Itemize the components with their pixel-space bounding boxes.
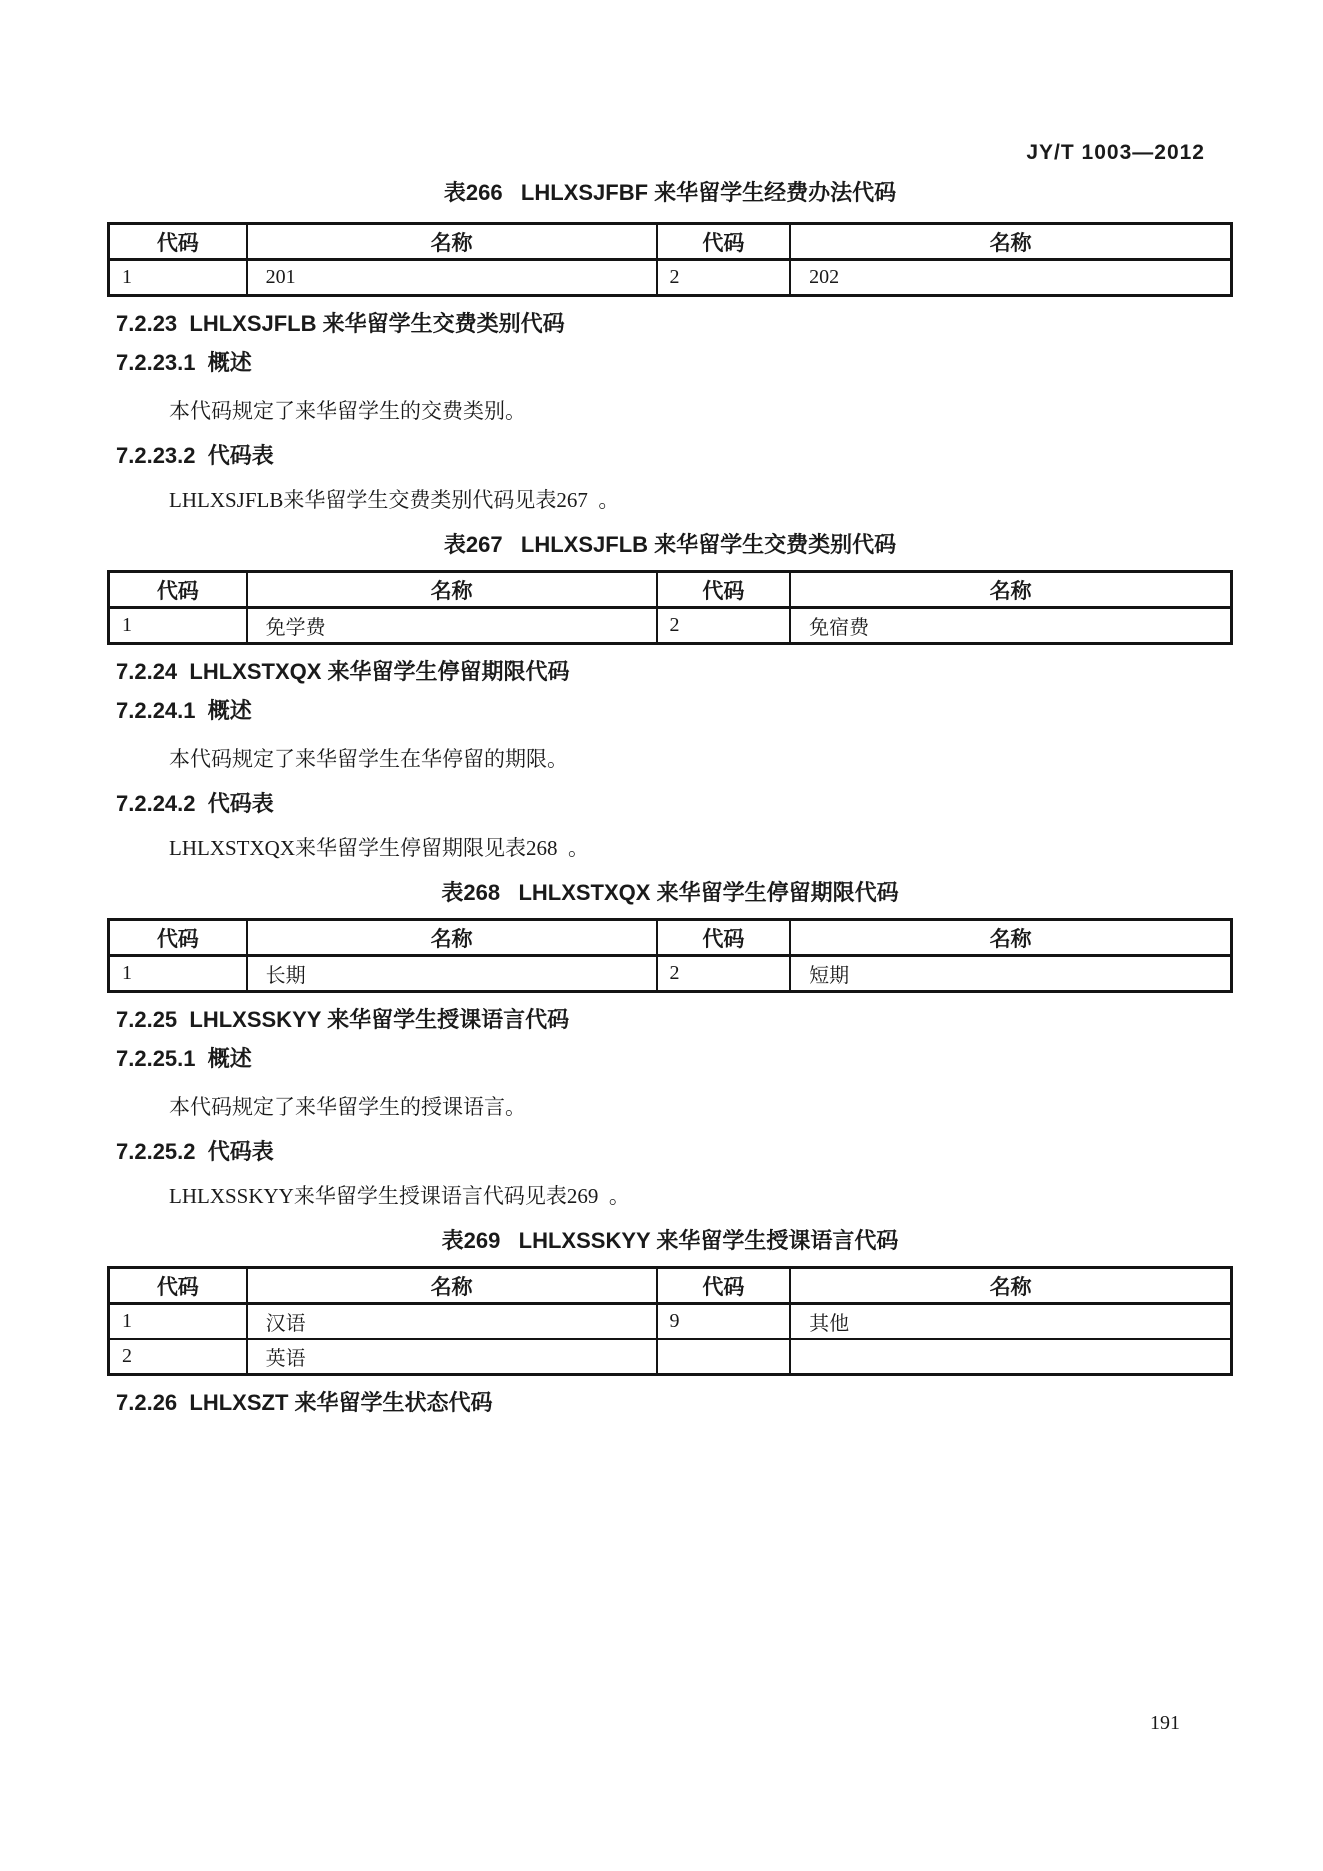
overview-paragraph: 本代码规定了来华留学生的授课语言。 bbox=[107, 1096, 1233, 1118]
table-269-title: 表269 LHLXSSKYY 来华留学生授课语言代码 bbox=[107, 1230, 1233, 1252]
overview-paragraph: 本代码规定了来华留学生在华停留的期限。 bbox=[107, 748, 1233, 770]
column-header-name: 名称 bbox=[247, 1268, 657, 1304]
column-header-code: 代码 bbox=[109, 920, 247, 956]
code-cell: 2 bbox=[109, 1339, 247, 1375]
table-row: 1 免学费 2 免宿费 bbox=[109, 608, 1232, 644]
section-heading-7-2-24: 7.2.24 LHLXSTXQX 来华留学生停留期限代码 bbox=[107, 661, 1233, 683]
standard-number: JY/T 1003—2012 bbox=[107, 142, 1233, 164]
table-269: 代码 名称 代码 名称 1 汉语 9 其他 2 英语 bbox=[107, 1266, 1233, 1376]
overview-paragraph: 本代码规定了来华留学生的交费类别。 bbox=[107, 400, 1233, 422]
table-266-title: 表266 LHLXSJFBF 来华留学生经费办法代码 bbox=[107, 182, 1233, 204]
document-page: JY/T 1003—2012 表266 LHLXSJFBF 来华留学生经费办法代… bbox=[0, 0, 1323, 1871]
name-cell bbox=[790, 1339, 1231, 1375]
column-header-name: 名称 bbox=[247, 572, 657, 608]
table-header-row: 代码 名称 代码 名称 bbox=[109, 224, 1232, 260]
name-cell: 短期 bbox=[790, 956, 1231, 992]
code-cell: 1 bbox=[109, 956, 247, 992]
name-cell: 其他 bbox=[790, 1304, 1231, 1340]
column-header-code: 代码 bbox=[109, 572, 247, 608]
table-268-title: 表268 LHLXSTXQX 来华留学生停留期限代码 bbox=[107, 882, 1233, 904]
subsection-heading-codetable: 7.2.24.2 代码表 bbox=[107, 793, 1233, 815]
name-cell: 202 bbox=[790, 260, 1231, 296]
section-heading-7-2-25: 7.2.25 LHLXSSKYY 来华留学生授课语言代码 bbox=[107, 1009, 1233, 1031]
page-number: 191 bbox=[1150, 1712, 1180, 1735]
table-row: 2 英语 bbox=[109, 1339, 1232, 1375]
code-cell: 1 bbox=[109, 1304, 247, 1340]
subsection-heading-overview: 7.2.23.1 概述 bbox=[107, 352, 1233, 374]
subsection-heading-codetable: 7.2.23.2 代码表 bbox=[107, 445, 1233, 467]
table-reference-paragraph: LHLXSJFLB来华留学生交费类别代码见表267 。 bbox=[107, 489, 1233, 511]
code-cell: 1 bbox=[109, 260, 247, 296]
column-header-name: 名称 bbox=[790, 920, 1231, 956]
column-header-name: 名称 bbox=[790, 224, 1231, 260]
name-cell: 免宿费 bbox=[790, 608, 1231, 644]
name-cell: 长期 bbox=[247, 956, 657, 992]
subsection-heading-overview: 7.2.24.1 概述 bbox=[107, 700, 1233, 722]
column-header-name: 名称 bbox=[247, 224, 657, 260]
name-cell: 免学费 bbox=[247, 608, 657, 644]
table-266: 代码 名称 代码 名称 1 201 2 202 bbox=[107, 222, 1233, 297]
column-header-code: 代码 bbox=[657, 1268, 791, 1304]
code-cell: 2 bbox=[657, 956, 791, 992]
column-header-name: 名称 bbox=[790, 572, 1231, 608]
table-row: 1 汉语 9 其他 bbox=[109, 1304, 1232, 1340]
table-row: 1 201 2 202 bbox=[109, 260, 1232, 296]
name-cell: 201 bbox=[247, 260, 657, 296]
name-cell: 英语 bbox=[247, 1339, 657, 1375]
table-268: 代码 名称 代码 名称 1 长期 2 短期 bbox=[107, 918, 1233, 993]
table-header-row: 代码 名称 代码 名称 bbox=[109, 1268, 1232, 1304]
subsection-heading-overview: 7.2.25.1 概述 bbox=[107, 1048, 1233, 1070]
column-header-code: 代码 bbox=[109, 224, 247, 260]
table-reference-paragraph: LHLXSSKYY来华留学生授课语言代码见表269 。 bbox=[107, 1185, 1233, 1207]
column-header-code: 代码 bbox=[657, 572, 791, 608]
column-header-code: 代码 bbox=[109, 1268, 247, 1304]
table-header-row: 代码 名称 代码 名称 bbox=[109, 920, 1232, 956]
column-header-code: 代码 bbox=[657, 920, 791, 956]
subsection-heading-codetable: 7.2.25.2 代码表 bbox=[107, 1141, 1233, 1163]
column-header-name: 名称 bbox=[790, 1268, 1231, 1304]
table-267-title: 表267 LHLXSJFLB 来华留学生交费类别代码 bbox=[107, 534, 1233, 556]
table-row: 1 长期 2 短期 bbox=[109, 956, 1232, 992]
code-cell bbox=[657, 1339, 791, 1375]
table-reference-paragraph: LHLXSTXQX来华留学生停留期限见表268 。 bbox=[107, 837, 1233, 859]
column-header-code: 代码 bbox=[657, 224, 791, 260]
page-content: JY/T 1003—2012 表266 LHLXSJFBF 来华留学生经费办法代… bbox=[107, 142, 1233, 1414]
code-cell: 2 bbox=[657, 608, 791, 644]
section-heading-7-2-23: 7.2.23 LHLXSJFLB 来华留学生交费类别代码 bbox=[107, 313, 1233, 335]
code-cell: 1 bbox=[109, 608, 247, 644]
name-cell: 汉语 bbox=[247, 1304, 657, 1340]
table-267: 代码 名称 代码 名称 1 免学费 2 免宿费 bbox=[107, 570, 1233, 645]
code-cell: 9 bbox=[657, 1304, 791, 1340]
table-header-row: 代码 名称 代码 名称 bbox=[109, 572, 1232, 608]
section-heading-7-2-26: 7.2.26 LHLXSZT 来华留学生状态代码 bbox=[107, 1392, 1233, 1414]
code-cell: 2 bbox=[657, 260, 791, 296]
column-header-name: 名称 bbox=[247, 920, 657, 956]
